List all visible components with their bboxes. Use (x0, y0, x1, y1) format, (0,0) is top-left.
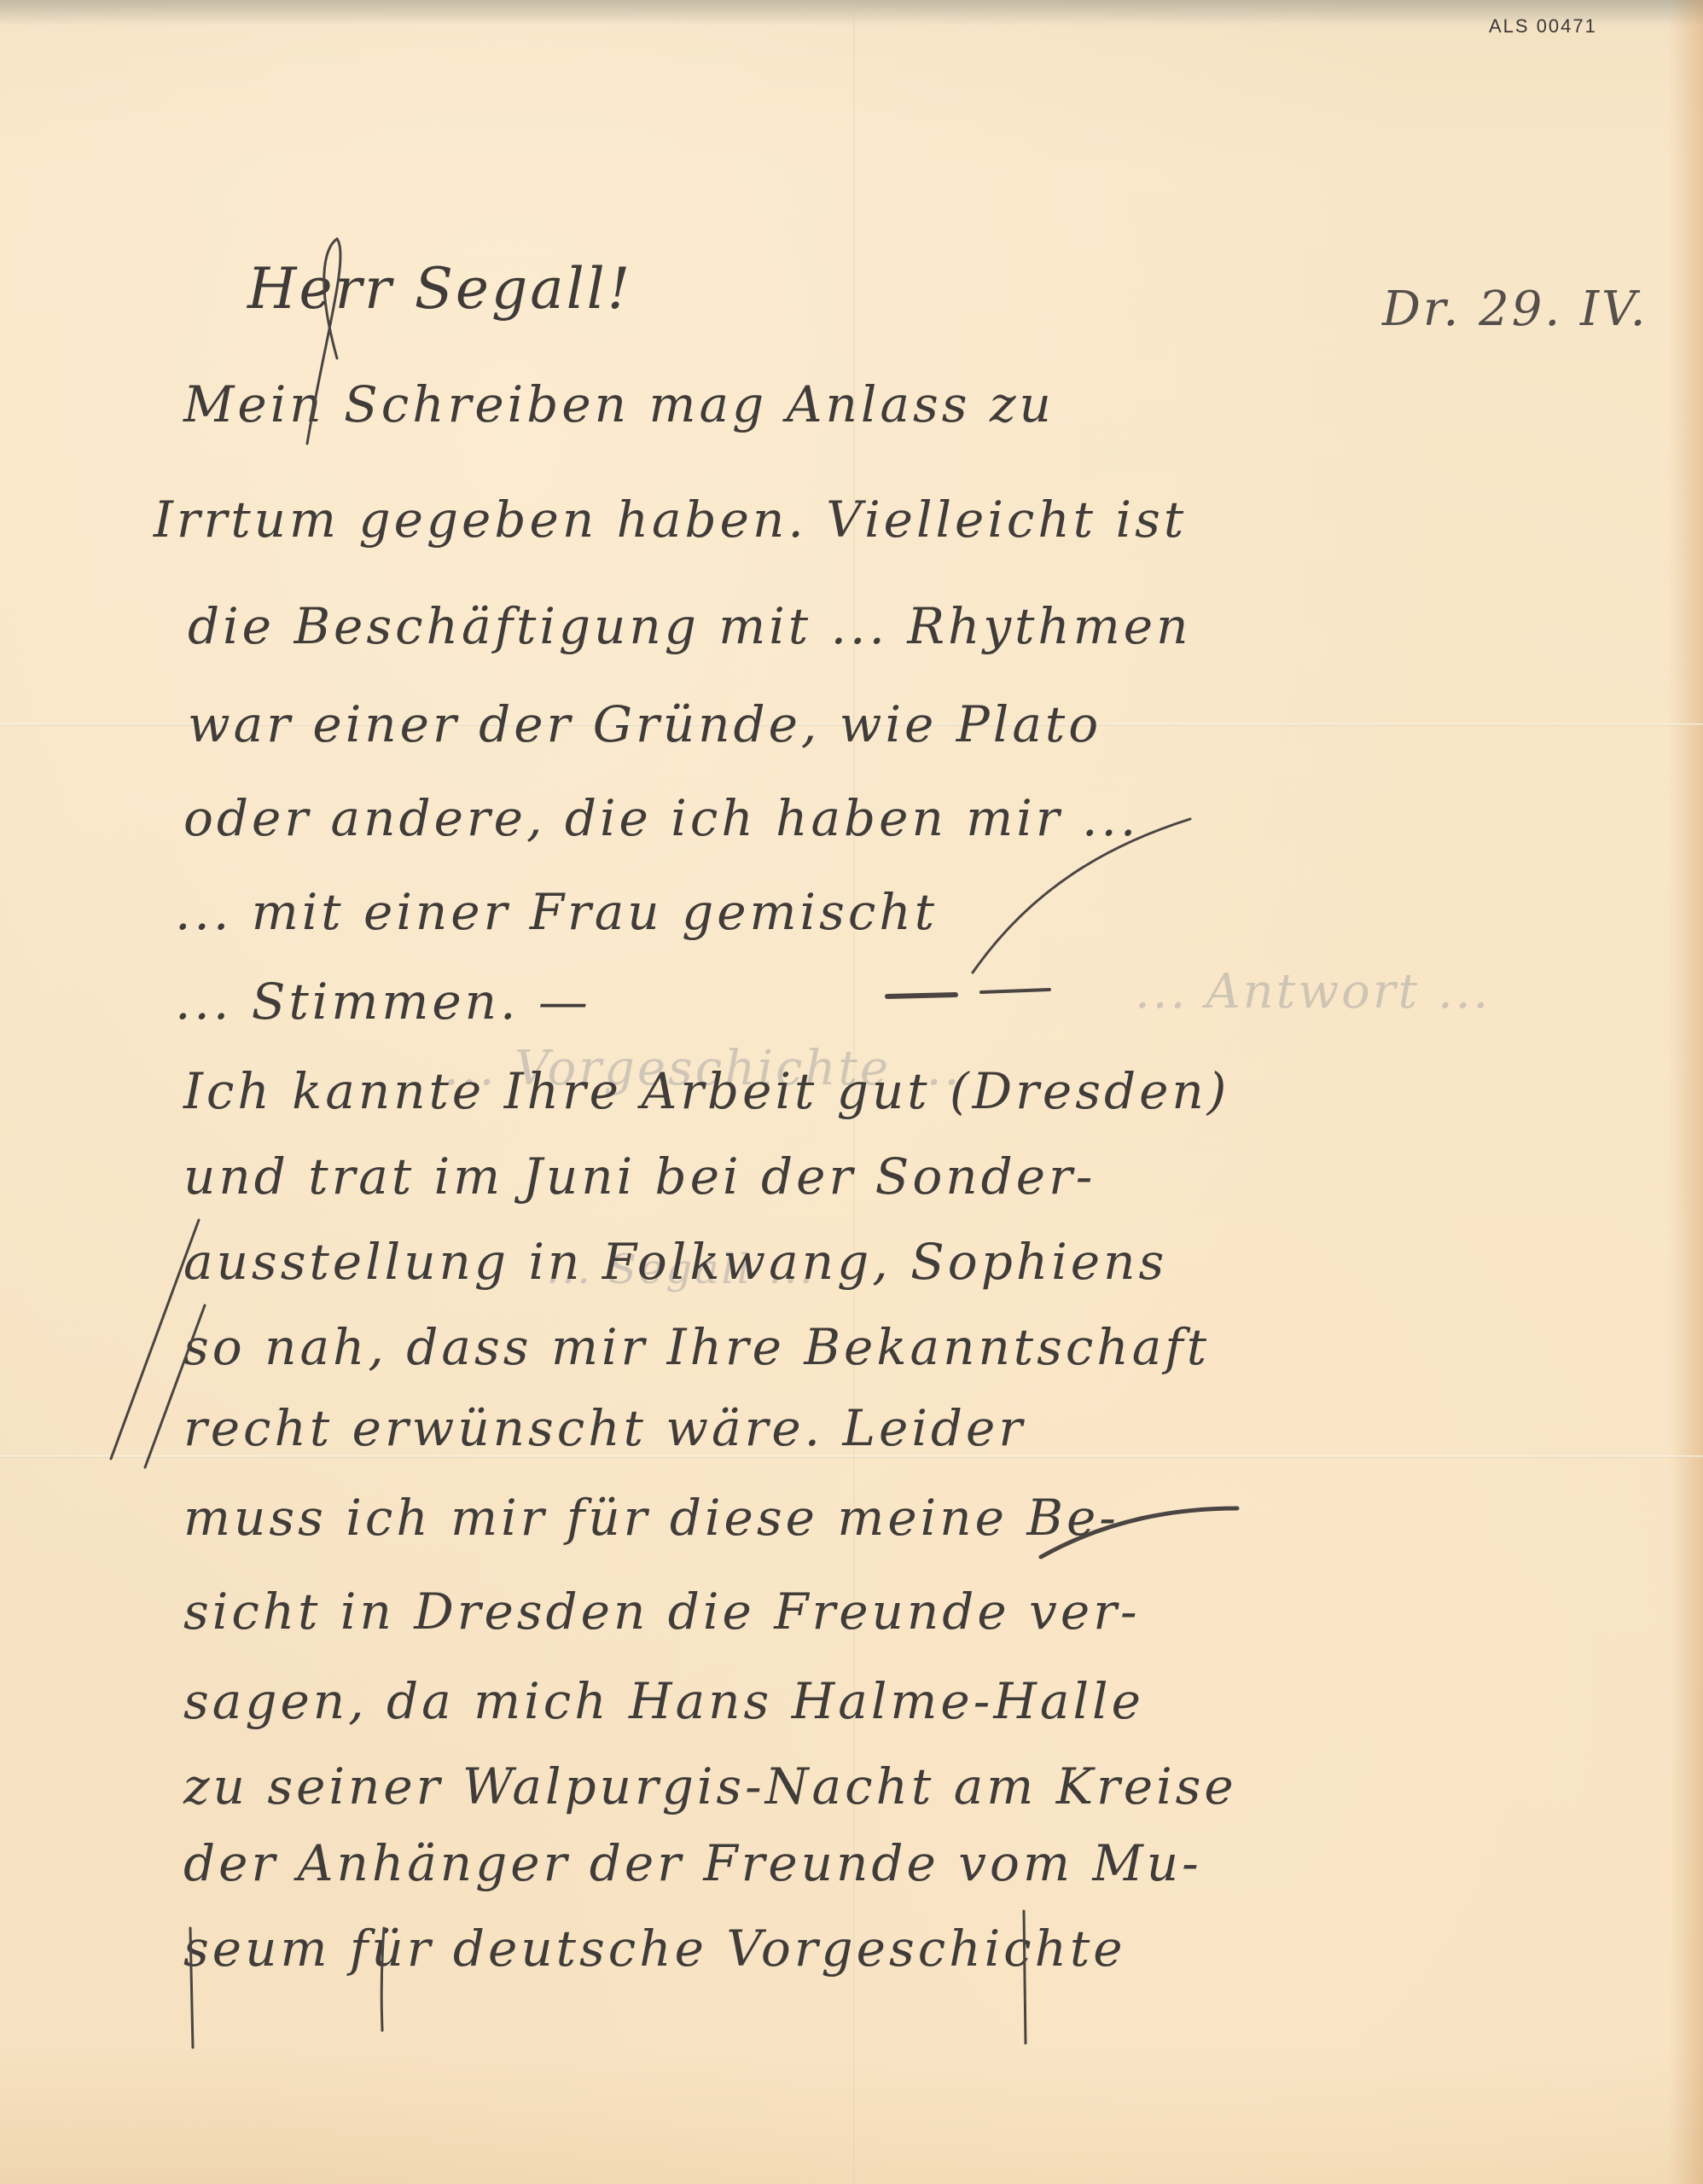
pen-flourishes (0, 0, 1703, 2184)
letter-page: ALS 00471 Herr Segall! Dr. 29. IV. ... A… (0, 0, 1703, 2184)
